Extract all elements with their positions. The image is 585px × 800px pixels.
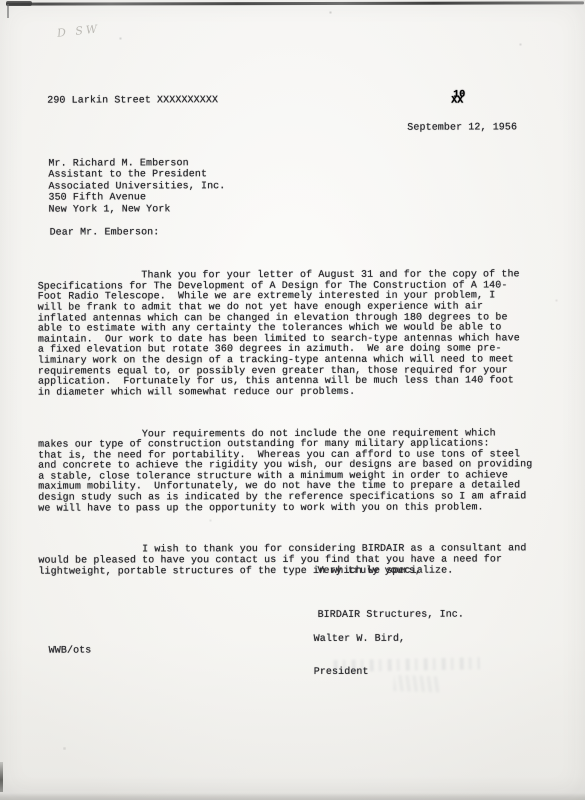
body-paragraph-3: I wish to thank you for considering BIRD… [38,545,540,578]
overstrike-mark: XX [451,96,463,107]
page-number-overstrike: 10 XX [451,90,469,110]
faint-stamp [334,657,480,672]
body-paragraph-1: Thank you for your letter of August 31 a… [38,271,540,399]
date-line: September 12, 1956 [407,123,517,134]
body-paragraph-2: Your requirements do not include the one… [38,429,540,515]
faint-stamp-smudge [393,675,439,692]
scanned-letter-page: D SW 290 Larkin Street XXXXXXXXXX 10 XX … [0,0,585,800]
recipient-address: Mr. Richard M. Emberson Assistant to the… [48,158,225,215]
sender-address-line: 290 Larkin Street XXXXXXXXXX [47,96,218,107]
signature-block: Walter W. Bird, President [314,612,406,700]
salutation: Dear Mr. Emberson: [50,228,160,239]
typist-initials: WWB/ots [49,647,92,658]
letter-content: D SW 290 Larkin Street XXXXXXXXXX 10 XX … [0,0,585,800]
letter-body: Thank you for your letter of August 31 a… [38,249,541,609]
signatory-name: Walter W. Bird, [314,634,406,645]
pencil-annotation: D SW [56,22,100,40]
valediction: Very truly yours, [317,566,463,577]
